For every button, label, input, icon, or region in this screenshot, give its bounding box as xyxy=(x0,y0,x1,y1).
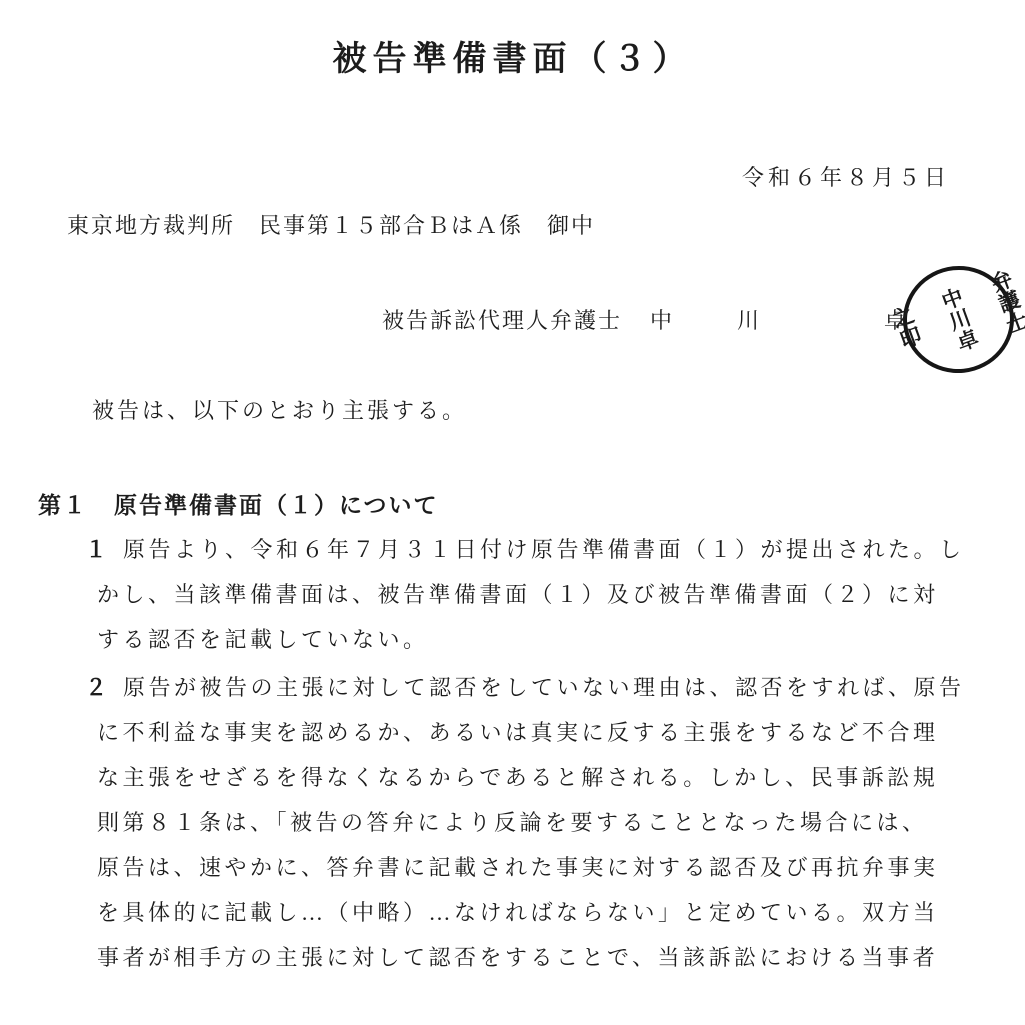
paragraph-item-2: ２原告が被告の主張に対して認否をしていない理由は、認否をすれば、原告 に不利益な… xyxy=(85,665,980,980)
document-title: 被告準備書面（３） xyxy=(0,31,1025,80)
item-2-line-4: 則第８１条は、「被告の答弁により反論を要することとなった場合には、 xyxy=(85,800,980,845)
paragraph-item-1: １原告より、令和６年７月３１日付け原告準備書面（１）が提出された。し かし、当該… xyxy=(85,527,980,662)
item-2-number: ２ xyxy=(85,665,123,710)
seal-column-2: 中川卓 xyxy=(935,284,982,355)
item-1-number: １ xyxy=(85,527,123,572)
item-2-line-7: 事者が相手方の主張に対して認否をすることで、当該訴訟における当事者 xyxy=(85,935,980,980)
intro-statement: 被告は、以下のとおり主張する。 xyxy=(92,394,467,425)
signature-name-char-1: 中 xyxy=(650,304,672,335)
item-2-line-3: な主張をせざるを得なくなるからであると解される。しかし、民事訴訟規 xyxy=(85,755,980,800)
paragraph-line: ２原告が被告の主張に対して認否をしていない理由は、認否をすれば、原告 xyxy=(85,665,980,710)
seal-column-3: 之印 xyxy=(886,302,933,373)
item-2-line-5: 原告は、速やかに、答弁書に記載された事実に対する認否及び再抗弁事実 xyxy=(85,845,980,890)
signature-attorney-role: 被告訴訟代理人弁護士 xyxy=(382,304,622,335)
seal-column-1: 弁護士 xyxy=(984,266,1025,337)
attorney-hanko-seal-stamp: 弁護士 中川卓 之印 xyxy=(898,260,1020,378)
section-1-heading: 第１原告準備書面（１）について xyxy=(38,487,439,520)
section-heading-title: 原告準備書面（１）について xyxy=(114,493,439,518)
item-2-line-1: 原告が被告の主張に対して認否をしていない理由は、認否をすれば、原告 xyxy=(123,675,965,700)
item-1-line-1: 原告より、令和６年７月３１日付け原告準備書面（１）が提出された。し xyxy=(123,537,965,562)
item-1-line-3: する認否を記載していない。 xyxy=(85,617,980,662)
paragraph-line: １原告より、令和６年７月３１日付け原告準備書面（１）が提出された。し xyxy=(85,527,980,572)
court-recipient-line: 東京地方裁判所 民事第１５部合ＢはＡ係 御中 xyxy=(67,209,595,240)
section-heading-number: 第１ xyxy=(38,493,88,518)
scanned-legal-document-page: 被告準備書面（３） 令和６年８月５日 東京地方裁判所 民事第１５部合ＢはＡ係 御… xyxy=(0,0,1025,1025)
signature-name-char-2: 川 xyxy=(737,304,759,335)
document-date: 令和６年８月５日 xyxy=(742,161,950,192)
seal-inscription: 弁護士 中川卓 之印 xyxy=(861,257,1025,382)
item-2-line-2: に不利益な事実を認めるか、あるいは真実に反する主張をするなど不合理 xyxy=(85,710,980,755)
item-2-line-6: を具体的に記載し…（中略）…なければならない」と定めている。双方当 xyxy=(85,890,980,935)
item-1-line-2: かし、当該準備書面は、被告準備書面（１）及び被告準備書面（２）に対 xyxy=(85,572,980,617)
